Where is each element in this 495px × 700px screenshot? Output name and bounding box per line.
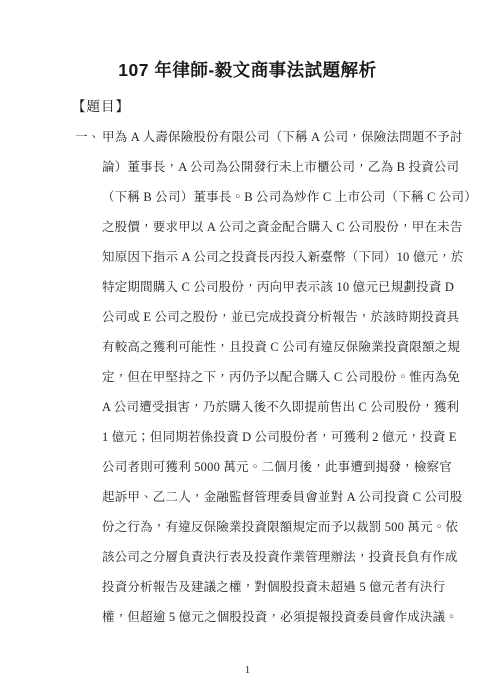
question-line: 公司者則可獲利 5000 萬元。二個月後，此事遭到揭發，檢察官 — [102, 452, 495, 482]
question-line: 投資分析報告及建議之權，對個股投資未超過 5 億元者有決行 — [102, 572, 495, 602]
question-line: 知原因下指示 A 公司之投資長丙投入新臺幣（下同）10 億元，於 — [102, 242, 495, 272]
section-heading: 【題目】 — [72, 97, 130, 117]
question-line: 論）董事長，A 公司為公開發行未上市櫃公司，乙為 B 投資公司 — [102, 152, 495, 182]
question-line: 1 億元；但同期若係投資 D 公司股份者，可獲利 2 億元，投資 E — [102, 422, 495, 452]
question-line: 有較高之獲利可能性，且投資 C 公司有違反保險業投資限額之規 — [102, 332, 495, 362]
question-line: 之股價，要求甲以 A 公司之資金配合購入 C 公司股份，甲在未告 — [102, 212, 495, 242]
question-line: 起訴甲、乙二人，金融監督管理委員會並對 A 公司投資 C 公司股 — [102, 482, 495, 512]
page-number: 1 — [0, 663, 495, 677]
question-line: 一、甲為 A 人壽保險股份有限公司（下稱 A 公司，保險法問題不予討 — [75, 122, 495, 152]
question-line-text: 甲為 A 人壽保險股份有限公司（下稱 A 公司，保險法問題不予討 — [102, 130, 463, 144]
question-line: 公司或 E 公司之股份，並已完成投資分析報告，於該時期投資具 — [102, 302, 495, 332]
question-paragraph: 一、甲為 A 人壽保險股份有限公司（下稱 A 公司，保險法問題不予討 論）董事長… — [0, 122, 495, 632]
document-page: 107 年律師-毅文商事法試題解析 【題目】 一、甲為 A 人壽保險股份有限公司… — [0, 0, 495, 700]
question-line: 權，但超逾 5 億元之個股投資，必須提報投資委員會作成決議。 — [102, 602, 495, 632]
question-line: A 公司遭受損害，乃於購入後不久即提前售出 C 公司股份，獲利 — [102, 392, 495, 422]
question-line: 特定期間購入 C 公司股份，丙向甲表示該 10 億元已規劃投資 D — [102, 272, 495, 302]
question-line: 份之行為，有違反保險業投資限額規定而予以裁罰 500 萬元。依 — [102, 512, 495, 542]
question-line: （下稱 B 公司）董事長。B 公司為炒作 C 上市公司（下稱 C 公司） — [102, 182, 495, 212]
question-number-marker: 一、 — [75, 122, 102, 152]
question-line: 該公司之分層負責決行表及投資作業管理辦法，投資長負有作成 — [102, 542, 495, 572]
question-line: 定，但在甲堅持之下，丙仍予以配合購入 C 公司股份。惟丙為免 — [102, 362, 495, 392]
page-title: 107 年律師-毅文商事法試題解析 — [0, 57, 495, 83]
